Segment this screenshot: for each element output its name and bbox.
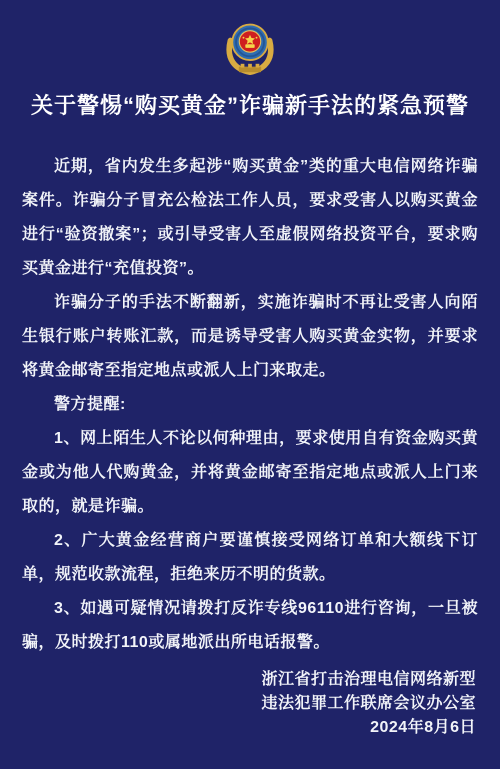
paragraph-method: 诈骗分子的手法不断翻新，实施诈骗时不再让受害人向陌生银行账户转账汇款，而是诱导受… xyxy=(22,286,478,388)
signature-org-line-2: 违法犯罪工作联席会议办公室 xyxy=(22,692,476,716)
notice-title: 关于警惕“购买黄金”诈骗新手法的紧急预警 xyxy=(16,92,484,120)
paragraph-intro: 近期，省内发生多起涉“购买黄金”类的重大电信网络诈骗案件。诈骗分子冒充公检法工作… xyxy=(22,150,478,286)
signature-date: 2024年8月6日 xyxy=(22,716,476,740)
reminder-item-2: 2、广大黄金经营商户要谨慎接受网络订单和大额线下订单，规范收款流程，拒绝来历不明… xyxy=(22,524,478,592)
police-badge-icon xyxy=(0,0,500,76)
anti-fraud-notice: 关于警惕“购买黄金”诈骗新手法的紧急预警 近期，省内发生多起涉“购买黄金”类的重… xyxy=(0,0,500,769)
signature-block: 浙江省打击治理电信网络新型 违法犯罪工作联席会议办公室 2024年8月6日 xyxy=(0,668,500,740)
signature-org-line-1: 浙江省打击治理电信网络新型 xyxy=(22,668,476,692)
reminder-item-3: 3、如遇可疑情况请拨打反诈专线96110进行咨询，一旦被骗，及时拨打110或属地… xyxy=(22,592,478,660)
reminder-item-1: 1、网上陌生人不论以何种理由，要求使用自有资金购买黄金或为他人代购黄金，并将黄金… xyxy=(22,422,478,524)
reminder-heading: 警方提醒: xyxy=(22,388,478,422)
notice-body: 近期，省内发生多起涉“购买黄金”类的重大电信网络诈骗案件。诈骗分子冒充公检法工作… xyxy=(0,120,500,660)
